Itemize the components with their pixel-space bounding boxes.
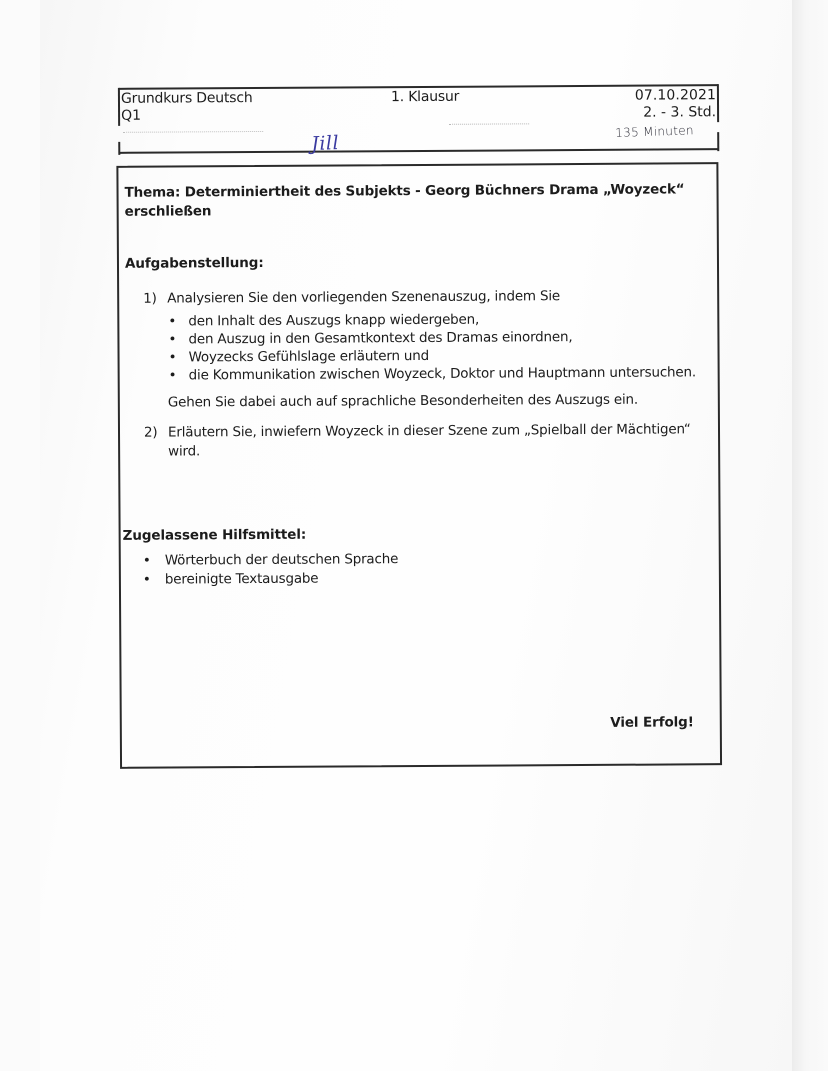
header-left-rule <box>118 88 120 126</box>
task-number: 1) <box>143 290 167 309</box>
task-text: Erläutern Sie, inwiefern Woyzeck in dies… <box>168 420 704 461</box>
exam-sheet: Grundkurs Deutsch Q1 1. Klausur 07.10.20… <box>0 0 828 1071</box>
header-right-rule <box>717 84 719 122</box>
student-name-handwritten: Jill <box>311 132 340 155</box>
list-item: •bereinigte Textausgabe <box>141 569 398 590</box>
aids-list: •Wörterbuch der deutschen Sprache •berei… <box>141 550 399 590</box>
list-item: •Wörterbuch der deutschen Sprache <box>141 550 398 571</box>
task-text: Analysieren Sie den vorliegenden Szenena… <box>167 286 703 308</box>
task-1-note: Gehen Sie dabei auch auf sprachliche Bes… <box>144 390 704 412</box>
task-box: Thema: Determiniertheit des Subjekts - G… <box>116 162 722 769</box>
bullet-icon: • <box>168 348 176 366</box>
exam-title: 1. Klausur <box>391 89 459 105</box>
aids-heading: Zugelassene Hilfsmittel: <box>123 527 307 544</box>
bullet-icon: • <box>143 571 151 590</box>
course-name: Grundkurs Deutsch <box>121 90 253 107</box>
task-1: 1)Analysieren Sie den vorliegenden Szene… <box>143 286 704 412</box>
tasks-heading: Aufgabenstellung: <box>125 255 264 272</box>
name-field-guide <box>123 131 263 135</box>
list-item: •die Kommunikation zwischen Woyzeck, Dok… <box>167 363 704 384</box>
closing-wish: Viel Erfolg! <box>610 714 694 731</box>
bullet-icon: • <box>168 330 176 348</box>
exam-duration: 135 Minuten <box>615 123 694 140</box>
task-2: 2)Erläutern Sie, inwiefern Woyzeck in di… <box>144 420 704 461</box>
grade-level: Q1 <box>121 108 141 124</box>
task-1-bullet-list: •den Inhalt des Auszugs knapp wiedergebe… <box>143 309 703 384</box>
exam-date: 07.10.2021 <box>635 87 716 103</box>
bullet-icon: • <box>143 552 151 571</box>
faint-field-guide <box>449 123 529 126</box>
exam-topic: Thema: Determiniertheit des Subjekts - G… <box>124 180 684 221</box>
header-right-rule-lower <box>717 132 719 151</box>
header-left-rule-lower <box>118 142 120 155</box>
task-number: 2) <box>144 424 168 443</box>
exam-header-box: Grundkurs Deutsch Q1 1. Klausur 07.10.20… <box>119 84 718 154</box>
bullet-icon: • <box>169 366 177 384</box>
lesson-hours: 2. - 3. Std. <box>643 104 716 120</box>
bullet-icon: • <box>168 312 176 330</box>
